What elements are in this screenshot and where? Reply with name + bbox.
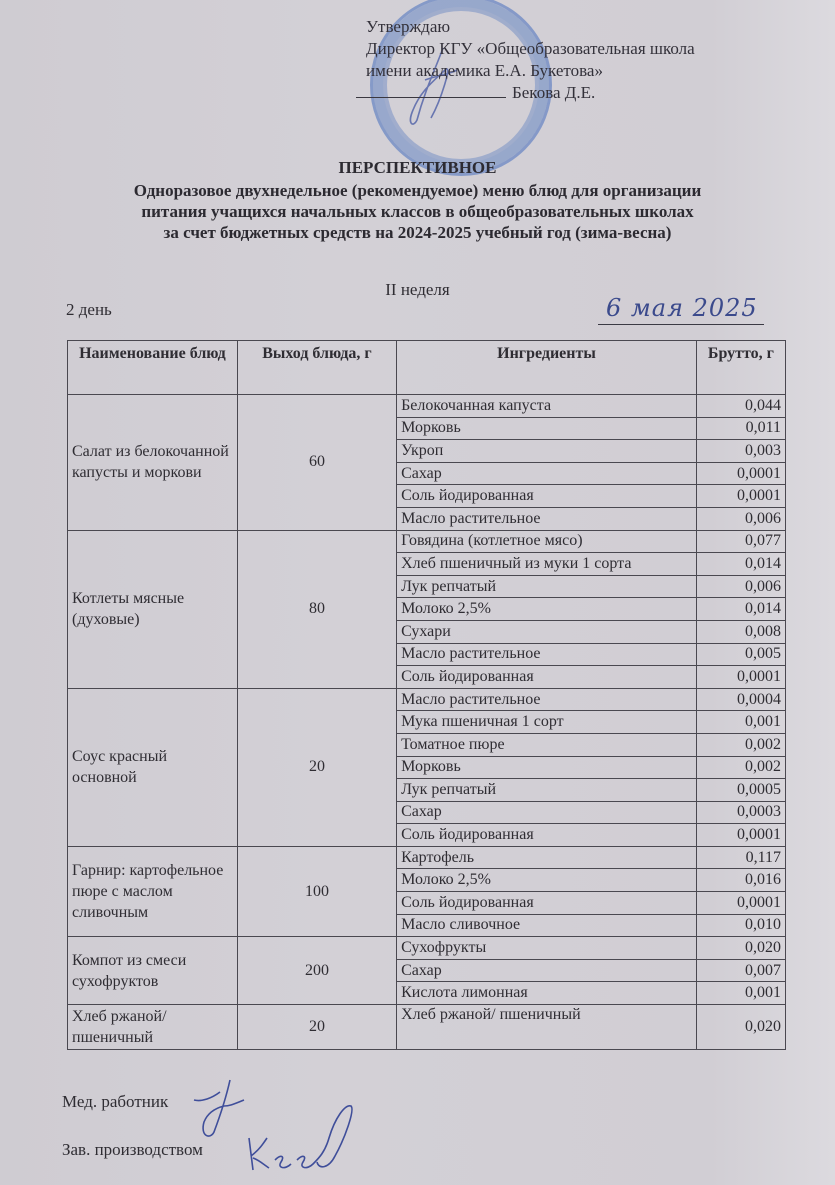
ingredient-brutto: 0,0004 [696, 688, 785, 711]
ingredient-name: Томатное пюре [397, 733, 697, 756]
ingredient-brutto: 0,002 [696, 733, 785, 756]
ingredient-brutto: 0,002 [696, 756, 785, 779]
doc-title-line: за счет бюджетных средств на 2024-2025 у… [0, 222, 835, 243]
ingredient-brutto: 0,020 [696, 937, 785, 960]
table-row: Соус красный основной20Масло растительно… [68, 688, 786, 711]
table-row: Компот из смеси сухофруктов200Сухофрукты… [68, 937, 786, 960]
doc-kicker: ПЕРСПЕКТИВНОЕ [0, 158, 835, 178]
ingredient-brutto: 0,0001 [696, 824, 785, 847]
ingredient-name: Сахар [397, 462, 697, 485]
ingredient-brutto: 0,014 [696, 598, 785, 621]
ingredient-name: Молоко 2,5% [397, 869, 697, 892]
ingredient-name: Масло сливочное [397, 914, 697, 937]
approval-director: Директор КГУ «Общеобразовательная школа [366, 38, 695, 60]
ingredient-brutto: 0,010 [696, 914, 785, 937]
ingredient-name: Укроп [397, 440, 697, 463]
menu-table-body: Салат из белокочанной капусты и моркови6… [68, 395, 786, 1050]
medic-label: Мед. работник [62, 1092, 168, 1112]
dish-output: 20 [237, 1005, 396, 1050]
doc-title-line: питания учащихся начальных классов в общ… [0, 201, 835, 222]
signature-blank [356, 83, 506, 98]
ingredient-brutto: 0,0001 [696, 462, 785, 485]
dish-output: 80 [237, 530, 396, 688]
col-header-dish: Наименование блюд [68, 341, 238, 395]
col-header-brutto: Брутто, г [696, 341, 785, 395]
menu-table: Наименование блюд Выход блюда, г Ингреди… [67, 340, 786, 1050]
dish-name: Компот из смеси сухофруктов [68, 937, 238, 1005]
approval-signatory: Бекова Д.Е. [512, 83, 595, 102]
table-header-row: Наименование блюд Выход блюда, г Ингреди… [68, 341, 786, 395]
ingredient-name: Соль йодированная [397, 666, 697, 689]
ingredient-name: Масло растительное [397, 507, 697, 530]
ingredient-name: Говядина (котлетное мясо) [397, 530, 697, 553]
dish-output: 200 [237, 937, 396, 1005]
ingredient-brutto: 0,007 [696, 959, 785, 982]
ingredient-name: Сахар [397, 801, 697, 824]
ingredient-brutto: 0,020 [696, 1005, 785, 1050]
ingredient-brutto: 0,006 [696, 575, 785, 598]
ingredient-brutto: 0,001 [696, 982, 785, 1005]
table-row: Салат из белокочанной капусты и моркови6… [68, 395, 786, 418]
ingredient-brutto: 0,011 [696, 417, 785, 440]
ingredient-name: Хлеб пшеничный из муки 1 сорта [397, 553, 697, 576]
dish-output: 60 [237, 395, 396, 531]
ingredient-name: Соль йодированная [397, 824, 697, 847]
ingredient-brutto: 0,0001 [696, 892, 785, 915]
ingredient-name: Масло растительное [397, 643, 697, 666]
ingredient-brutto: 0,008 [696, 620, 785, 643]
approval-line: Утверждаю [366, 16, 695, 38]
dish-name: Хлеб ржаной/ пшеничный [68, 1005, 238, 1050]
table-row: Гарнир: картофельное пюре с маслом сливо… [68, 846, 786, 869]
dish-name: Соус красный основной [68, 688, 238, 846]
doc-title-line: Одноразовое двухнедельное (рекомендуемое… [0, 180, 835, 201]
dish-output: 20 [237, 688, 396, 846]
ingredient-brutto: 0,0003 [696, 801, 785, 824]
medic-signature-icon [190, 1078, 250, 1140]
production-label: Зав. производством [62, 1140, 203, 1160]
ingredient-name: Сухофрукты [397, 937, 697, 960]
ingredient-name: Молоко 2,5% [397, 598, 697, 621]
dish-name: Котлеты мясные (духовые) [68, 530, 238, 688]
ingredient-brutto: 0,003 [696, 440, 785, 463]
dish-name: Гарнир: картофельное пюре с маслом сливо… [68, 846, 238, 936]
ingredient-brutto: 0,0001 [696, 666, 785, 689]
ingredient-name: Белокочанная капуста [397, 395, 697, 418]
ingredient-name: Кислота лимонная [397, 982, 697, 1005]
ingredient-name: Лук репчатый [397, 575, 697, 598]
ingredient-brutto: 0,005 [696, 643, 785, 666]
ingredient-name: Морковь [397, 756, 697, 779]
handwritten-date: 6 мая 2025 [598, 294, 764, 325]
ingredient-name: Масло растительное [397, 688, 697, 711]
doc-title: Одноразовое двухнедельное (рекомендуемое… [0, 180, 835, 243]
day-label: 2 день [66, 300, 112, 320]
ingredient-brutto: 0,001 [696, 711, 785, 734]
ingredient-name: Хлеб ржаной/ пшеничный [397, 1005, 697, 1050]
ingredient-brutto: 0,0001 [696, 485, 785, 508]
ingredient-name: Соль йодированная [397, 485, 697, 508]
ingredient-brutto: 0,117 [696, 846, 785, 869]
dish-output: 100 [237, 846, 396, 936]
ingredient-name: Сахар [397, 959, 697, 982]
col-header-ingredients: Ингредиенты [397, 341, 697, 395]
approval-school: имени академика Е.А. Букетова» [366, 60, 695, 82]
ingredient-name: Соль йодированная [397, 892, 697, 915]
ingredient-brutto: 0,077 [696, 530, 785, 553]
ingredient-name: Лук репчатый [397, 779, 697, 802]
production-signature-icon [245, 1098, 365, 1178]
table-row: Котлеты мясные (духовые)80Говядина (котл… [68, 530, 786, 553]
ingredient-name: Картофель [397, 846, 697, 869]
table-row: Хлеб ржаной/ пшеничный20Хлеб ржаной/ пше… [68, 1005, 786, 1050]
ingredient-brutto: 0,006 [696, 507, 785, 530]
col-header-output: Выход блюда, г [237, 341, 396, 395]
ingredient-brutto: 0,016 [696, 869, 785, 892]
approval-block: Утверждаю Директор КГУ «Общеобразователь… [366, 16, 695, 104]
approval-signatory-line: Бекова Д.Е. [356, 82, 695, 104]
ingredient-brutto: 0,044 [696, 395, 785, 418]
ingredient-name: Морковь [397, 417, 697, 440]
ingredient-name: Мука пшеничная 1 сорт [397, 711, 697, 734]
ingredient-brutto: 0,0005 [696, 779, 785, 802]
ingredient-brutto: 0,014 [696, 553, 785, 576]
ingredient-name: Сухари [397, 620, 697, 643]
dish-name: Салат из белокочанной капусты и моркови [68, 395, 238, 531]
